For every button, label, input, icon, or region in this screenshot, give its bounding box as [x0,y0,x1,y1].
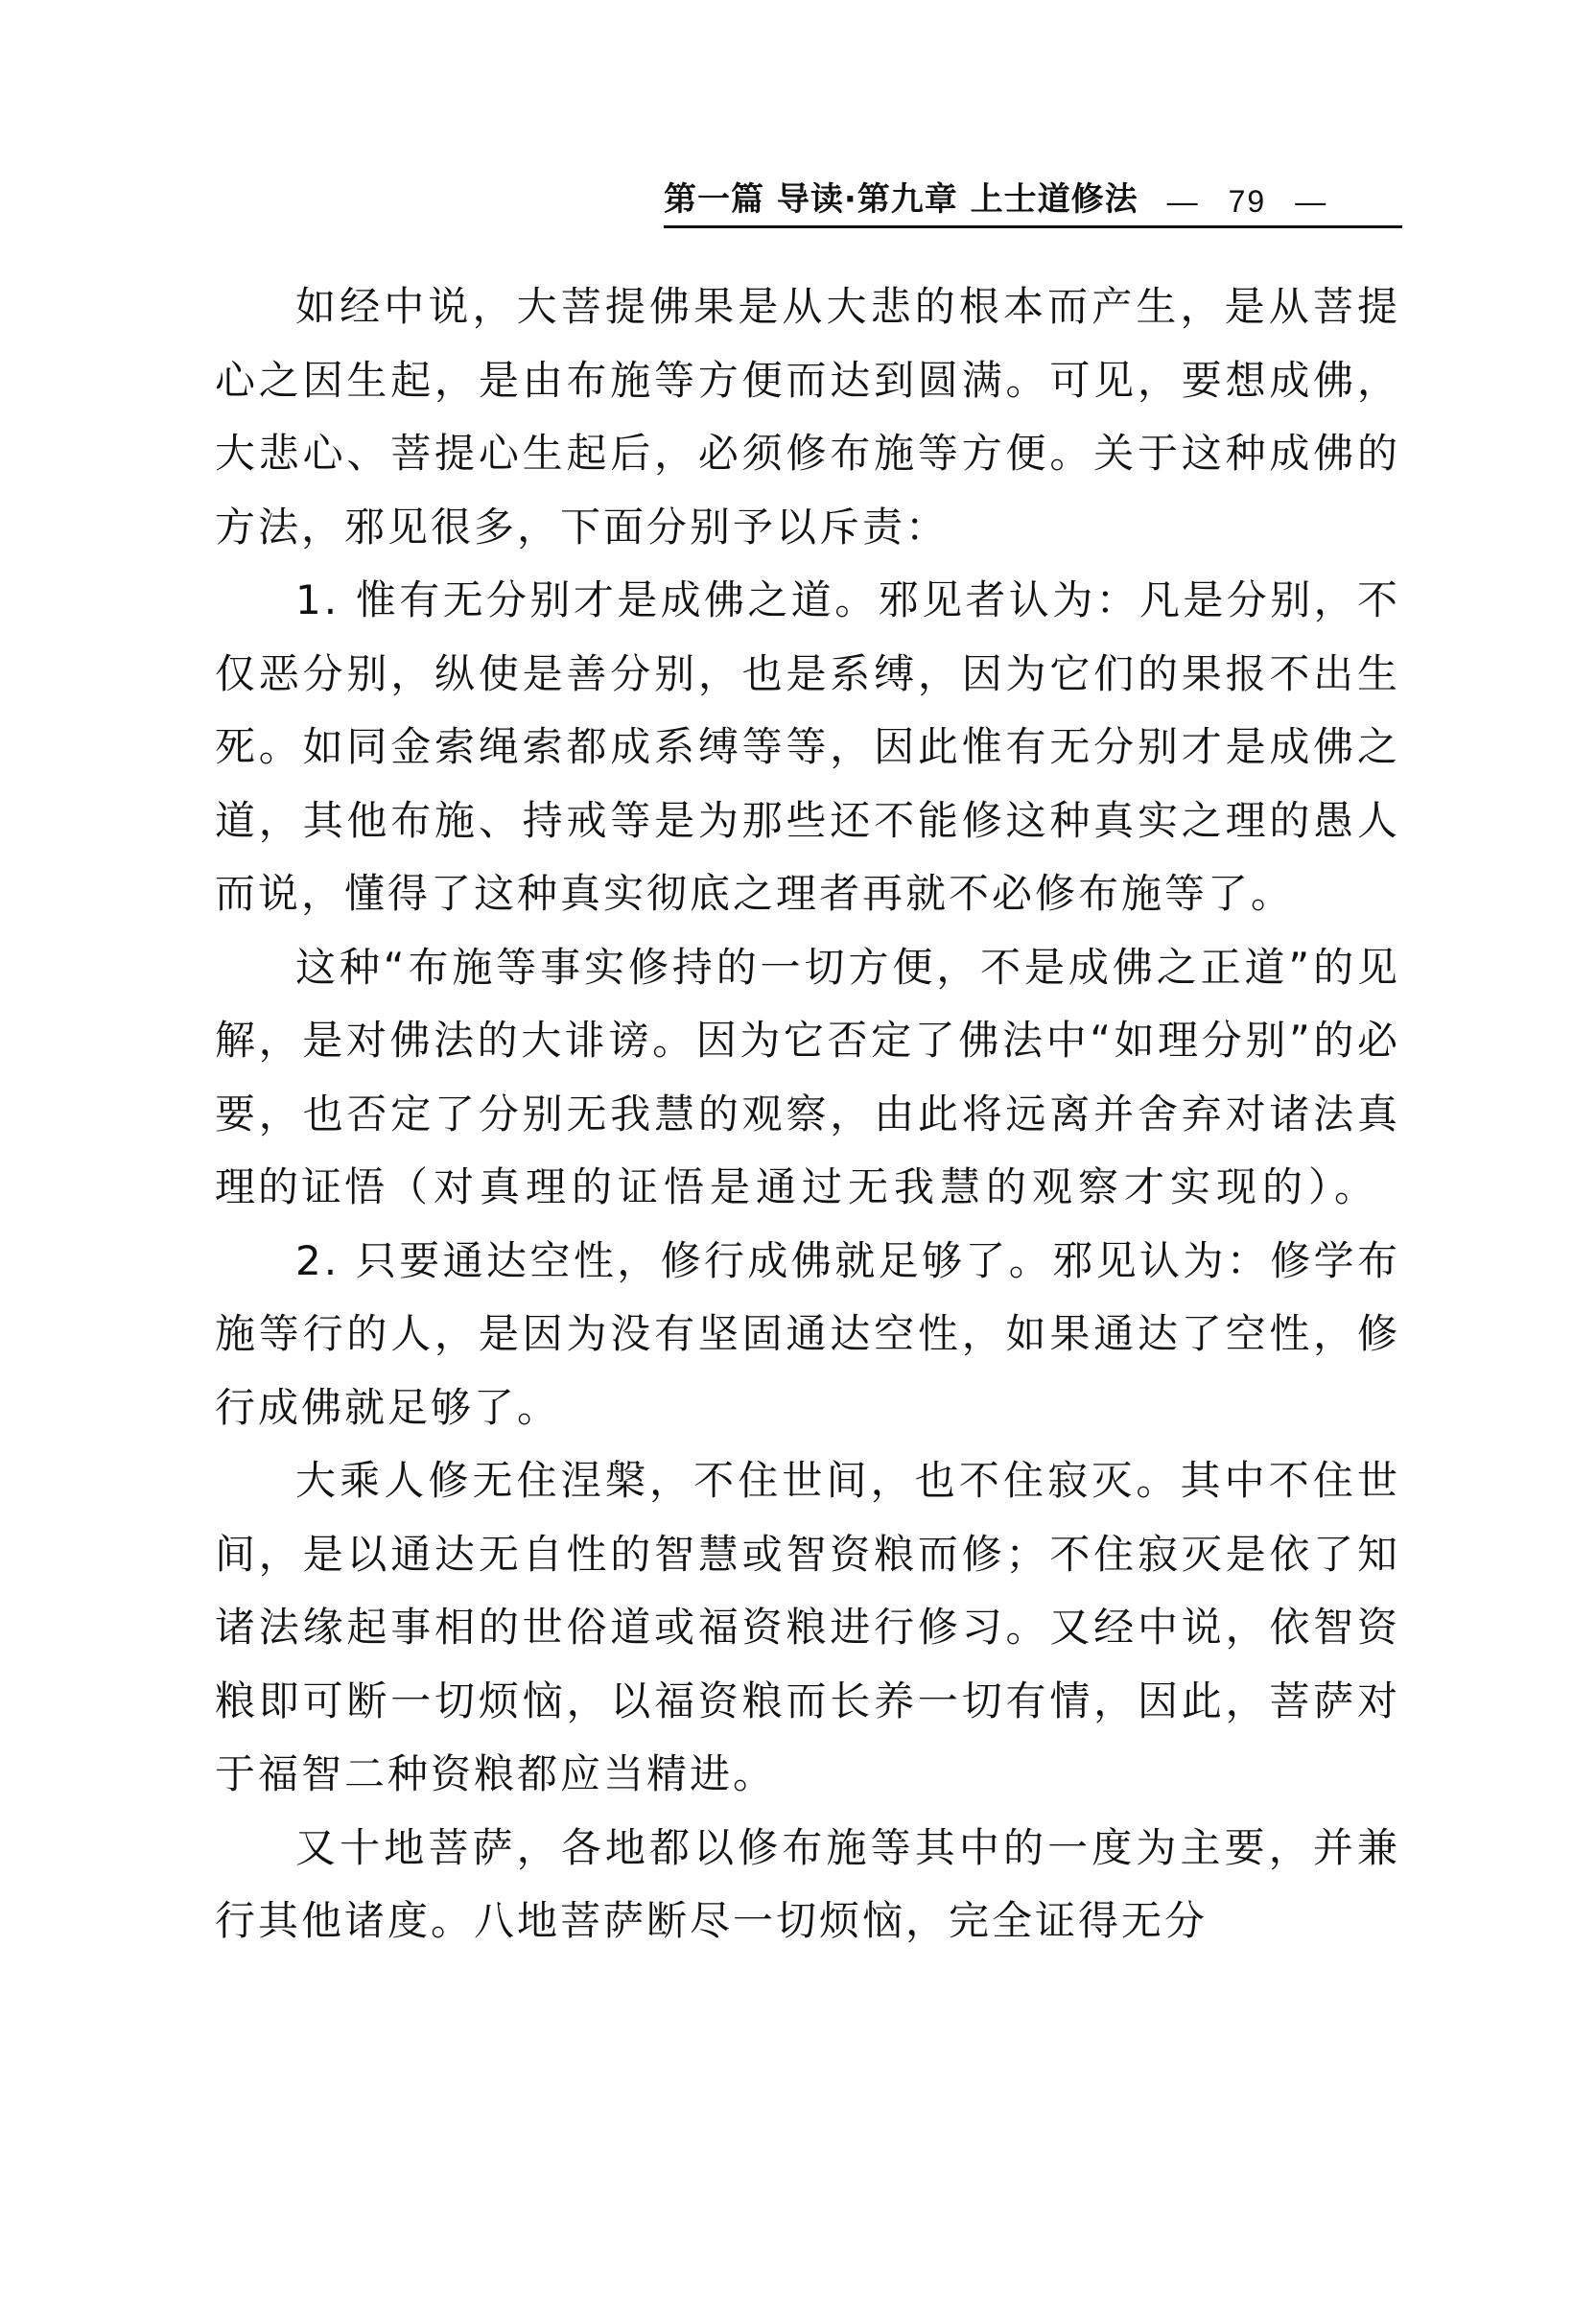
paragraph-mahayana: 大乘人修无住涅槃，不住世间，也不住寂灭。其中不住世间，是以通达无自性的智慧或智资… [215,1444,1400,1812]
paragraph-refutation-1-note: （对真理的证悟是通过无我慧的观察才实现的）。 [387,1163,1380,1210]
paragraph-point-1: 1. 惟有无分别才是成佛之道。邪见者认为：凡是分别，不仅恶分别，纵使是善分别，也… [215,564,1400,931]
paragraph-intro: 如经中说，大菩提佛果是从大悲的根本而产生，是从菩提心之因生起，是由布施等方便而达… [215,270,1400,564]
paragraph-ten-bhumis: 又十地菩萨，各地都以修布施等其中的一度为主要，并兼行其他诸度。八地菩萨断尽一切烦… [215,1812,1400,1958]
book-page: 第一篇 导读·第九章 上士道修法 —79— 如经中说，大菩提佛果是从大悲的根本而… [0,0,1596,2298]
chapter-title: 第一篇 导读·第九章 上士道修法 [664,173,1138,220]
paragraph-refutation-1: 这种“布施等事实修持的一切方便，不是成佛之正道”的见解，是对佛法的大诽谤。因为它… [215,931,1400,1225]
page-number: 79 [1229,184,1267,219]
paragraph-point-2: 2. 只要通达空性，修行成佛就足够了。邪见认为：修学布施等行的人，是因为没有坚固… [215,1225,1400,1445]
page-number-dash-right: — [1295,184,1327,219]
running-header: 第一篇 导读·第九章 上士道修法 —79— [664,171,1402,228]
body-text: 如经中说，大菩提佛果是从大悲的根本而产生，是从菩提心之因生起，是由布施等方便而达… [215,270,1400,1958]
page-number-dash-left: — [1167,184,1200,219]
page-number-group: —79— [1167,184,1328,220]
